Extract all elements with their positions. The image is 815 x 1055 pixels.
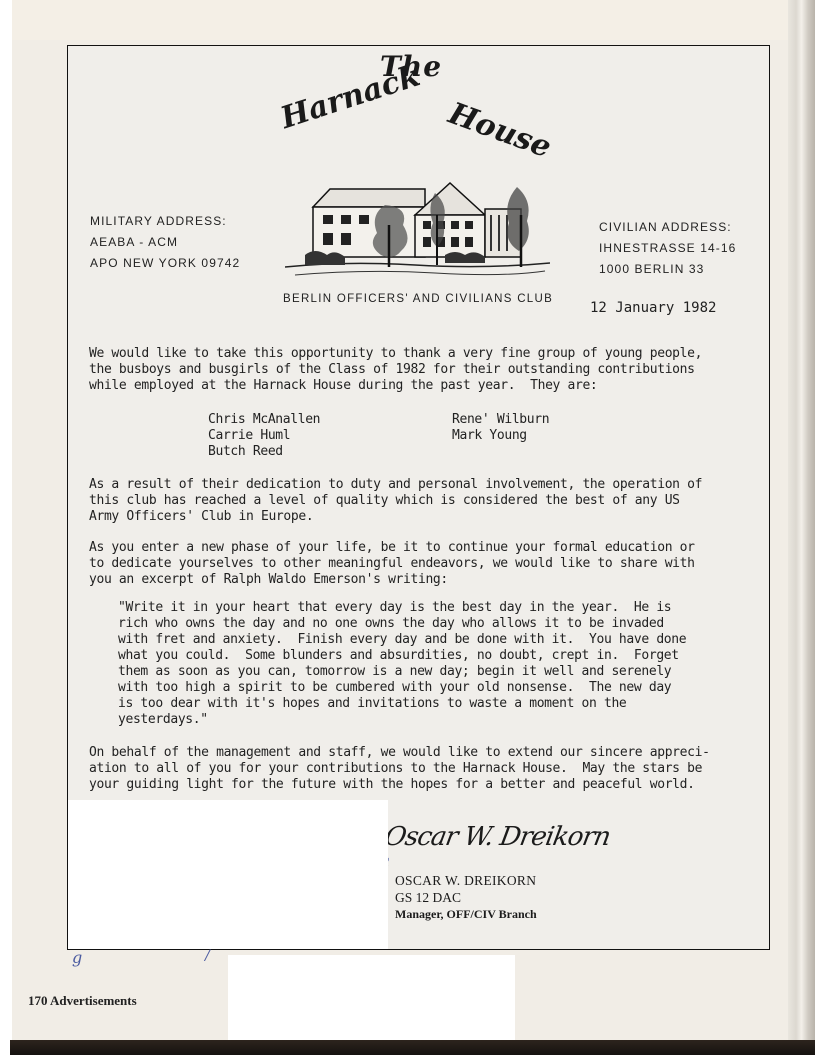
civilian-address-line1: IHNESTRASSE 14-16	[599, 238, 736, 259]
civilian-address-line2: 1000 BERLIN 33	[599, 259, 736, 280]
pen-mark: /	[205, 948, 210, 964]
name-item: Mark Young	[452, 428, 549, 444]
name-item: Chris McAnallen	[208, 412, 320, 428]
club-name: BERLIN OFFICERS' AND CIVILIANS CLUB	[283, 293, 553, 305]
signatory-title: Manager, OFF/CIV Branch	[395, 906, 537, 923]
redaction-box	[228, 955, 515, 1041]
military-address-label: MILITARY ADDRESS:	[90, 211, 240, 232]
page-footer: 170 Advertisements	[28, 993, 137, 1009]
redaction-box	[68, 800, 388, 949]
page-edge	[0, 0, 12, 1055]
signatory-grade: GS 12 DAC	[395, 889, 461, 906]
military-address-line1: AEABA - ACM	[90, 232, 240, 253]
emerson-quote: "Write it in your heart that every day i…	[118, 600, 758, 728]
civilian-address: CIVILIAN ADDRESS: IHNESTRASSE 14-16 1000…	[599, 217, 736, 280]
name-item: Carrie Huml	[208, 428, 320, 444]
names-column-1: Chris McAnallen Carrie Huml Butch Reed	[208, 412, 320, 460]
signatory-name: OSCAR W. DREIKORN	[395, 872, 536, 889]
building-illustration	[285, 175, 550, 285]
name-item: Rene' Wilburn	[452, 412, 549, 428]
paragraph-closing: On behalf of the management and staff, w…	[89, 745, 769, 793]
paragraph-intro: We would like to take this opportunity t…	[89, 346, 769, 394]
civilian-address-label: CIVILIAN ADDRESS:	[599, 217, 736, 238]
letter-date: 12 January 1982	[590, 300, 716, 316]
book-bottom-edge	[10, 1040, 815, 1055]
military-address-line2: APO NEW YORK 09742	[90, 253, 240, 274]
book-gutter	[788, 0, 815, 1055]
military-address: MILITARY ADDRESS: AEABA - ACM APO NEW YO…	[90, 211, 240, 274]
name-item: Butch Reed	[208, 444, 320, 460]
paragraph-dedication: As a result of their dedication to duty …	[89, 477, 769, 525]
pen-mark: g	[72, 948, 82, 967]
paragraph-new-phase: As you enter a new phase of your life, b…	[89, 540, 769, 588]
names-column-2: Rene' Wilburn Mark Young	[452, 412, 549, 444]
page-margin	[12, 0, 802, 40]
handwritten-signature: Oscar W. Dreikorn	[382, 822, 612, 852]
